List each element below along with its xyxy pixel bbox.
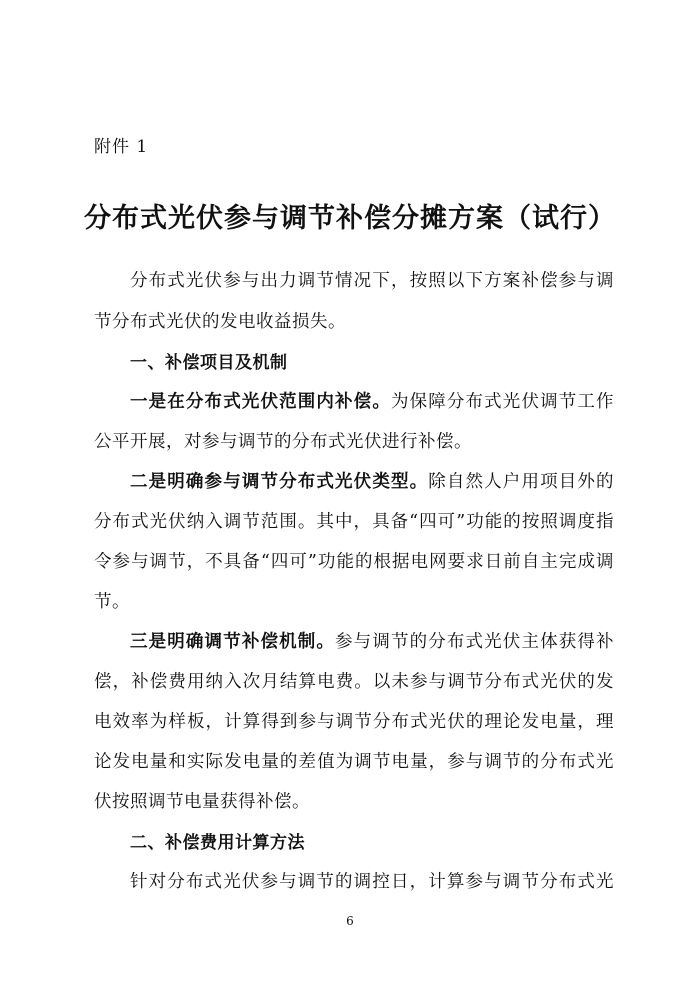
page-number: 6 xyxy=(0,914,700,928)
text-line: 论发电量和实际发电量的差值为调节电量，参与调节的分布式光 xyxy=(94,748,614,773)
text-line: 一是在分布式光伏范围内补偿。为保障分布式光伏调节工作 xyxy=(94,388,614,413)
item-lead-bold: 三是明确调节补偿机制。 xyxy=(130,632,335,652)
text-line: 伏按照调节电量获得补偿。 xyxy=(94,788,614,813)
text-line: 分布式光伏参与出力调节情况下，按照以下方案补偿参与调 xyxy=(94,267,614,292)
section-heading-2: 二、补偿费用计算方法 xyxy=(94,828,614,853)
item-body: 除自然人户用项目外的 xyxy=(428,472,614,492)
item-body: 参与调节的分布式光伏主体获得补 xyxy=(335,632,614,652)
text-line: 三是明确调节补偿机制。参与调节的分布式光伏主体获得补 xyxy=(94,628,614,653)
section-heading-1: 一、补偿项目及机制 xyxy=(94,348,614,373)
text-line: 二是明确参与调节分布式光伏类型。除自然人户用项目外的 xyxy=(94,468,614,493)
text-line: 公平开展，对参与调节的分布式光伏进行补偿。 xyxy=(94,428,614,453)
text-line: 节。 xyxy=(94,588,614,613)
text-line: 令参与调节，不具备“四可”功能的根据电网要求日前自主完成调 xyxy=(94,548,614,573)
text-line: 偿，补偿费用纳入次月结算电费。以未参与调节分布式光伏的发 xyxy=(94,668,614,693)
text-line: 针对分布式光伏参与调节的调控日，计算参与调节分布式光 xyxy=(94,868,614,893)
document-title: 分布式光伏参与调节补偿分摊方案（试行） xyxy=(0,196,700,235)
item-lead-bold: 一是在分布式光伏范围内补偿。 xyxy=(130,392,391,412)
text-line: 节分布式光伏的发电收益损失。 xyxy=(94,308,614,333)
item-lead-bold: 二是明确参与调节分布式光伏类型。 xyxy=(130,472,428,492)
attachment-label: 附件 1 xyxy=(94,132,148,157)
text-line: 分布式光伏纳入调节范围。其中，具备“四可”功能的按照调度指 xyxy=(94,508,614,533)
text-line: 电效率为样板，计算得到参与调节分布式光伏的理论发电量，理 xyxy=(94,708,614,733)
item-body: 为保障分布式光伏调节工作 xyxy=(391,392,614,412)
